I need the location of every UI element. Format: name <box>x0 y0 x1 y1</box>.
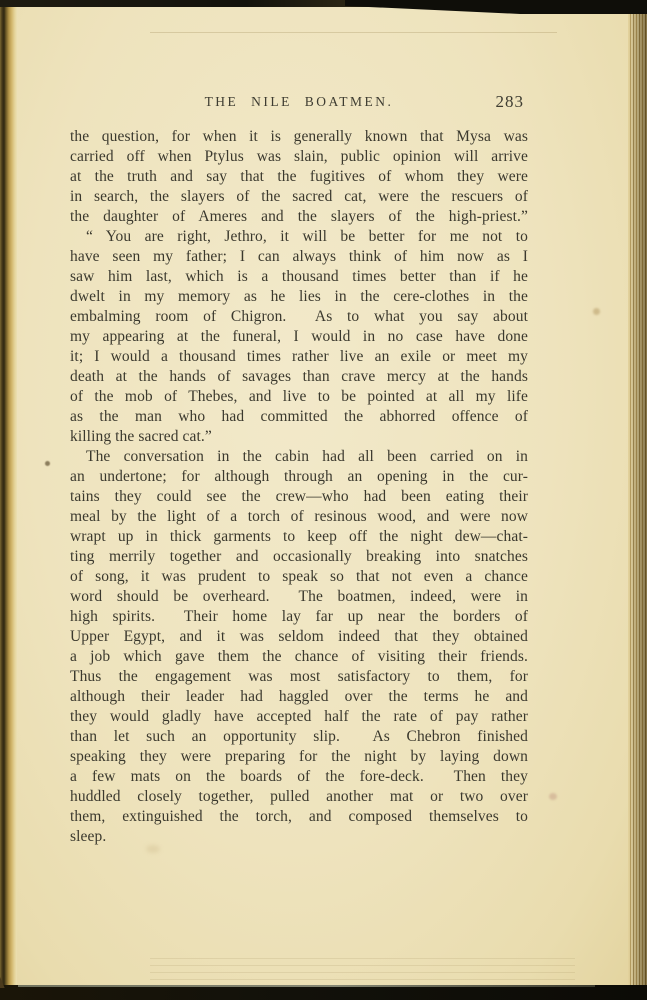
text-line: the daughter of Ameres and the slayers o… <box>70 207 528 227</box>
text-line: Thus the engagement was most satisfactor… <box>70 667 528 687</box>
text-line: huddled closely together, pulled another… <box>70 787 528 807</box>
text-line: dwelt in my memory as he lies in the cer… <box>70 287 528 307</box>
text-line: “ You are right, Jethro, it will be bett… <box>70 227 528 247</box>
text-line: of the mob of Thebes, and live to be poi… <box>70 387 528 407</box>
book-page-scan: THE NILE BOATMEN. 283 the question, for … <box>0 0 647 1000</box>
foxing-spot <box>549 793 557 800</box>
text-line: meal by the light of a torch of resinous… <box>70 507 528 527</box>
page-curvature-lines <box>150 958 575 984</box>
text-line: The conversation in the cabin had all be… <box>70 447 528 467</box>
text-line: although their leader had haggled over t… <box>70 687 528 707</box>
text-line: high spirits. Their home lay far up near… <box>70 607 528 627</box>
text-line: they would gladly have accepted half the… <box>70 707 528 727</box>
text-line: killing the sacred cat.” <box>70 427 528 447</box>
text-line: wrapt up in thick garments to keep off t… <box>70 527 528 547</box>
text-line: of song, it was prudent to speak so that… <box>70 567 528 587</box>
body-text: the question, for when it is generally k… <box>70 127 528 847</box>
text-line: an undertone; for although through an op… <box>70 467 528 487</box>
text-line: as the man who had committed the abhorre… <box>70 407 528 427</box>
text-line: have seen my father; I can always think … <box>70 247 528 267</box>
text-line: embalming room of Chigron. As to what yo… <box>70 307 528 327</box>
foxing-spot <box>593 308 600 315</box>
text-line: tains they could see the crew—who had be… <box>70 487 528 507</box>
text-line: speaking they were preparing for the nig… <box>70 747 528 767</box>
page-number: 283 <box>496 92 525 112</box>
page-stack-right-edge <box>628 9 647 987</box>
text-line: them, extinguished the torch, and compos… <box>70 807 528 827</box>
text-line: it; I would a thousand times rather live… <box>70 347 528 367</box>
text-line: the question, for when it is generally k… <box>70 127 528 147</box>
text-line: at the truth and say that the fugitives … <box>70 167 528 187</box>
text-line: carried off when Ptylus was slain, publi… <box>70 147 528 167</box>
text-line: ting merrily together and occasionally b… <box>70 547 528 567</box>
text-line: than let such an opportunity slip. As Ch… <box>70 727 528 747</box>
text-line: a job which gave them the chance of visi… <box>70 647 528 667</box>
text-line: word should be overheard. The boatmen, i… <box>70 587 528 607</box>
text-line: saw him last, which is a thousand times … <box>70 267 528 287</box>
running-title: THE NILE BOATMEN. <box>70 94 528 110</box>
text-line: my appearing at the funeral, I would in … <box>70 327 528 347</box>
book-cover-bottom-edge <box>0 985 647 1000</box>
text-line: in search, the slayers of the sacred cat… <box>70 187 528 207</box>
page-header: THE NILE BOATMEN. 283 <box>70 92 528 112</box>
text-line: a few mats on the boards of the fore-dec… <box>70 767 528 787</box>
page-edge-left <box>0 5 17 987</box>
text-line: death at the hands of savages than crave… <box>70 367 528 387</box>
text-line: sleep. <box>70 827 528 847</box>
page-bottom-edge-highlight <box>18 985 595 987</box>
page-curvature-line-top <box>150 32 557 33</box>
text-line: Upper Egypt, and it was seldom indeed th… <box>70 627 528 647</box>
foxing-spot <box>45 461 50 466</box>
